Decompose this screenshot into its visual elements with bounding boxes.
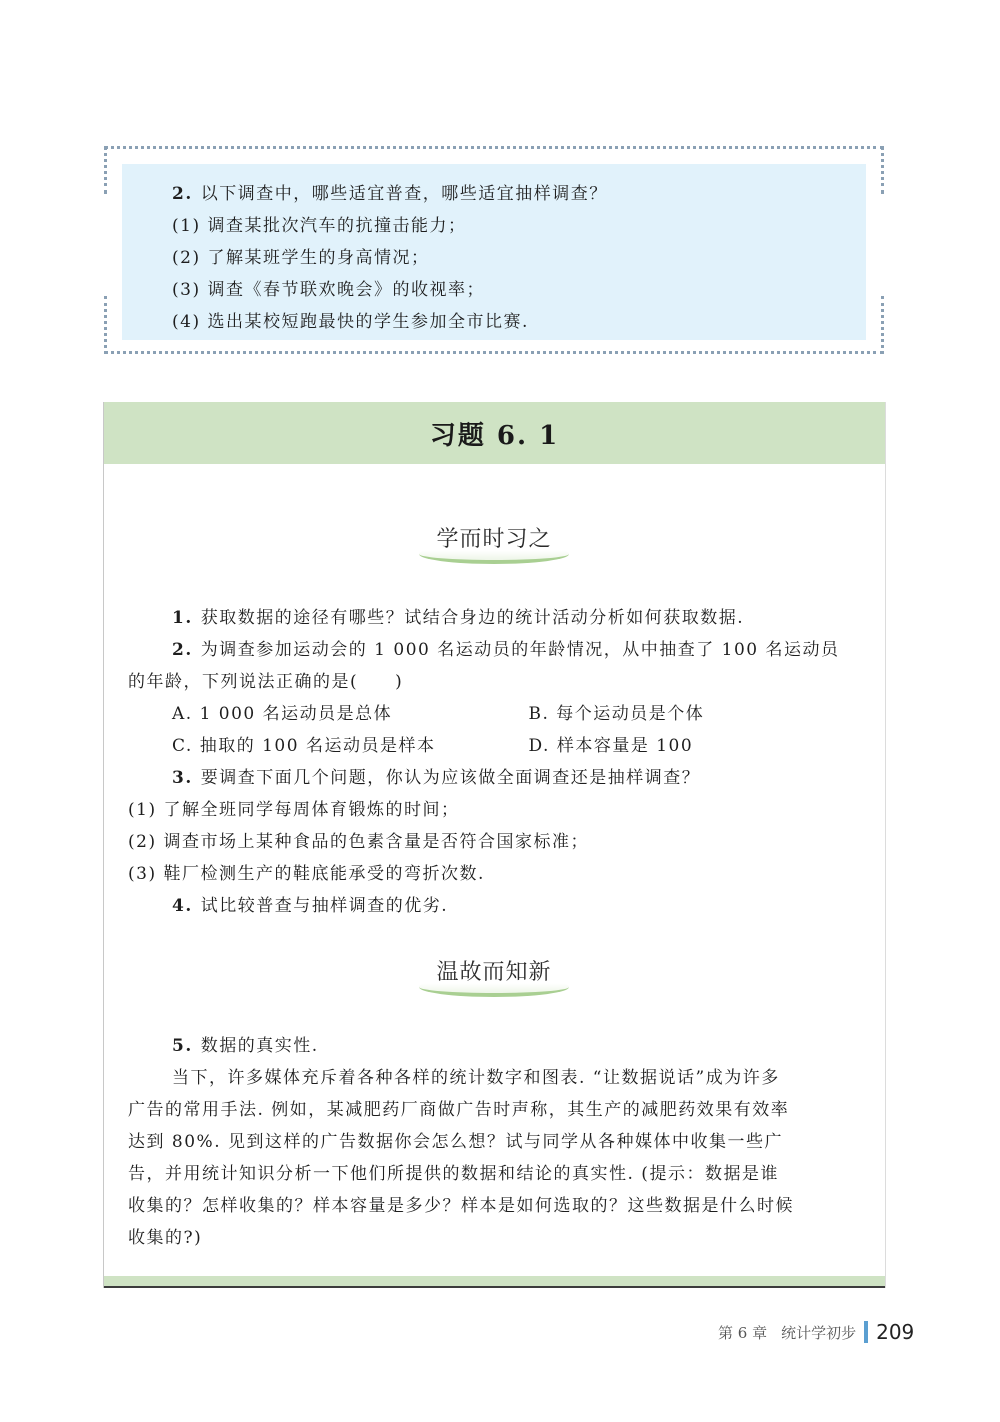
question-text: 获取数据的途径有哪些？试结合身边的统计活动分析如何获取数据. bbox=[201, 608, 744, 628]
divider-bar bbox=[864, 1321, 868, 1343]
think-item: (3) 调查《春节联欢晚会》的收视率； bbox=[172, 274, 608, 306]
question-3: 3.要调查下面几个问题，你认为应该做全面调查还是抽样调查？ bbox=[104, 762, 885, 794]
exercise-title: 习题 6. 1 bbox=[430, 415, 559, 452]
question-text: 要调查下面几个问题，你认为应该做全面调查还是抽样调查？ bbox=[201, 768, 701, 788]
think-item: (4) 选出某校短跑最快的学生参加全市比赛. bbox=[172, 306, 608, 338]
dotted-border-right-bottom bbox=[881, 296, 884, 354]
section1-body: 1.获取数据的途径有哪些？试结合身边的统计活动分析如何获取数据. 2.为调查参加… bbox=[104, 602, 885, 922]
paragraph-line: 当下，许多媒体充斥着各种各样的统计数字和图表. “让数据说话”成为许多 bbox=[104, 1062, 885, 1094]
section-tag-label: 温故而知新 bbox=[436, 960, 551, 985]
question-text: 以下调查中，哪些适宜普查，哪些适宜抽样调查？ bbox=[201, 184, 608, 204]
exercise-header: 习题 6. 1 bbox=[104, 402, 885, 464]
paragraph-line: 收集的?) bbox=[104, 1222, 885, 1254]
paragraph-line: 广告的常用手法. 例如，某减肥药厂商做广告时声称，其生产的减肥药效果有效率 bbox=[104, 1094, 885, 1126]
dotted-border-top bbox=[104, 146, 884, 149]
section2-body: 5.数据的真实性. 当下，许多媒体充斥着各种各样的统计数字和图表. “让数据说话… bbox=[104, 1030, 885, 1254]
think-item: (1) 调查某批次汽车的抗撞击能力； bbox=[172, 210, 608, 242]
section-tag-review: 温故而知新 bbox=[414, 955, 574, 999]
think-box-content: 2.以下调查中，哪些适宜普查，哪些适宜抽样调查？ (1) 调查某批次汽车的抗撞击… bbox=[122, 164, 866, 340]
think-box: 2.以下调查中，哪些适宜普查，哪些适宜抽样调查？ (1) 调查某批次汽车的抗撞击… bbox=[104, 146, 884, 354]
dotted-border-bottom bbox=[104, 351, 884, 354]
exercise-panel: 习题 6. 1 学而时习之 1.获取数据的途径有哪些？试结合身边的统计活动分析如… bbox=[103, 402, 886, 1288]
question-4: 4.试比较普查与抽样调查的优劣. bbox=[104, 890, 885, 922]
choice-b: B. 每个运动员是个体 bbox=[529, 698, 886, 730]
question-number: 3. bbox=[172, 768, 193, 788]
question-text: 试比较普查与抽样调查的优劣. bbox=[201, 896, 448, 916]
paragraph-line: 告，并用统计知识分析一下他们所提供的数据和结论的真实性. (提示：数据是谁 bbox=[104, 1158, 885, 1190]
question-number: 5. bbox=[172, 1036, 193, 1056]
paragraph-line: 收集的？怎样收集的？样本容量是多少？样本是如何选取的？这些数据是什么时候 bbox=[104, 1190, 885, 1222]
dotted-border-left-bottom bbox=[104, 296, 107, 354]
question-number: 1. bbox=[172, 608, 193, 628]
section-tag-learn: 学而时习之 bbox=[414, 522, 574, 566]
question-text: 数据的真实性. bbox=[201, 1036, 319, 1056]
section-tag-label: 学而时习之 bbox=[436, 527, 551, 552]
question-number: 4. bbox=[172, 896, 193, 916]
exercise-footer-band bbox=[104, 1276, 885, 1288]
choices-row: C. 抽取的 100 名运动员是样本 D. 样本容量是 100 bbox=[104, 730, 885, 762]
chapter-name: 统计学初步 bbox=[781, 1322, 856, 1343]
question-3-item: (3) 鞋厂检测生产的鞋底能承受的弯折次数. bbox=[104, 858, 885, 890]
question-5: 5.数据的真实性. bbox=[104, 1030, 885, 1062]
think-item: (2) 了解某班学生的身高情况； bbox=[172, 242, 608, 274]
dotted-border-left-top bbox=[104, 146, 107, 194]
question-text: 为调查参加运动会的 1 000 名运动员的年龄情况，从中抽查了 100 名运动员 bbox=[201, 640, 840, 660]
page-footer: 第 6 章 统计学初步 209 bbox=[718, 1320, 914, 1344]
question-1: 1.获取数据的途径有哪些？试结合身边的统计活动分析如何获取数据. bbox=[104, 602, 885, 634]
question-3-item: (2) 调查市场上某种食品的色素含量是否符合国家标准； bbox=[104, 826, 885, 858]
choice-c: C. 抽取的 100 名运动员是样本 bbox=[172, 730, 529, 762]
choice-a: A. 1 000 名运动员是总体 bbox=[172, 698, 529, 730]
question-number: 2. bbox=[172, 184, 193, 204]
paragraph-line: 达到 80%. 见到这样的广告数据你会怎么想？试与同学从各种媒体中收集一些广 bbox=[104, 1126, 885, 1158]
question-number: 2. bbox=[172, 640, 193, 660]
question-2: 2.为调查参加运动会的 1 000 名运动员的年龄情况，从中抽查了 100 名运… bbox=[104, 634, 885, 666]
think-question: 2.以下调查中，哪些适宜普查，哪些适宜抽样调查？ bbox=[172, 178, 608, 210]
question-3-item: (1) 了解全班同学每周体育锻炼的时间； bbox=[104, 794, 885, 826]
chapter-label: 第 6 章 bbox=[718, 1322, 767, 1343]
question-2-cont: 的年龄，下列说法正确的是( ) bbox=[104, 666, 885, 698]
dotted-border-right-top bbox=[881, 146, 884, 194]
choice-d: D. 样本容量是 100 bbox=[529, 730, 886, 762]
page-number: 209 bbox=[876, 1320, 914, 1344]
choices-row: A. 1 000 名运动员是总体 B. 每个运动员是个体 bbox=[104, 698, 885, 730]
